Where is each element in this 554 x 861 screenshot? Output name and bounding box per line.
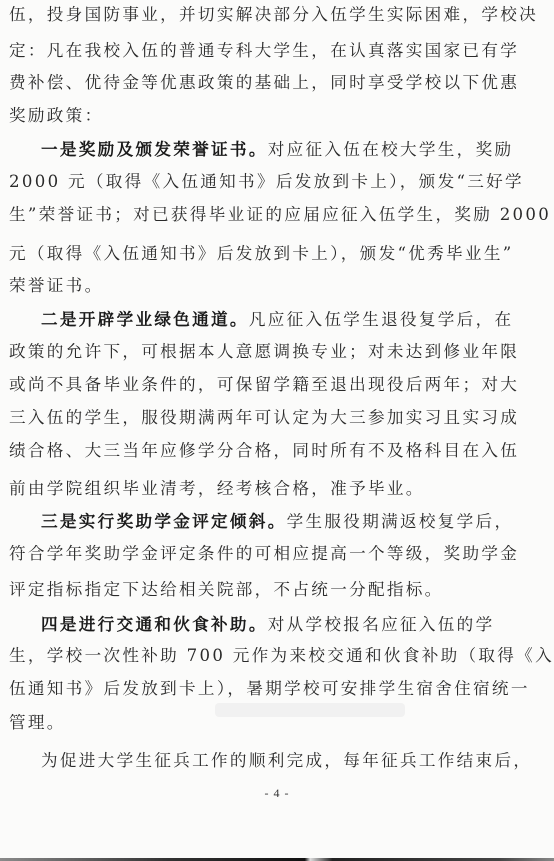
text-line: 评定指标指定下达给相关院部，不占统一分配指标。 — [9, 580, 549, 600]
document-page: 伍，投身国防事业，并切实解决部分入伍学生实际困难，学校决定：凡在我校入伍的普通专… — [0, 0, 554, 861]
text-line: 政策的允许下，可根据本人意愿调换专业；对未达到修业年限 — [9, 342, 549, 362]
line-text: 管理。 — [9, 713, 66, 732]
line-text: 三入伍的学生，服役期满两年可认定为大三参加实习且实习成 — [9, 408, 519, 427]
line-text: 对从学校报名应征入伍的学 — [268, 615, 495, 634]
text-line: 2000 元（取得《入伍通知书》后发放到卡上），颁发“三好学 — [9, 172, 549, 192]
text-line: 三入伍的学生，服役期满两年可认定为大三参加实习且实习成 — [9, 408, 549, 428]
line-text: 为促进大学生征兵工作的顺利完成，每年征兵工作结束后， — [41, 751, 532, 770]
page-number: - 4 - — [0, 786, 554, 801]
line-text: 学生服役期满返校复学后， — [287, 512, 514, 531]
text-line: 三是实行奖助学金评定倾斜。学生服役期满返校复学后， — [41, 511, 554, 532]
text-line: 生，学校一次性补助 700 元作为来校交通和伙食补助（取得《入 — [9, 646, 549, 666]
text-line: 奖励政策： — [9, 106, 549, 126]
line-text: 符合学年奖助学金评定条件的可相应提高一个等级，奖助学金 — [9, 544, 519, 563]
line-text: 或尚不具备毕业条件的，可保留学籍至退出现役后两年；对大 — [9, 375, 519, 394]
text-line: 前由学院组织毕业清考，经考核合格，准予毕业。 — [9, 479, 549, 499]
line-text: 评定指标指定下达给相关院部，不占统一分配指标。 — [9, 580, 444, 599]
text-line: 四是进行交通和伙食补助。对从学校报名应征入伍的学 — [41, 614, 554, 635]
line-text: 对应征入伍在校大学生，奖励 — [268, 140, 514, 159]
line-text: 伍，投身国防事业，并切实解决部分入伍学生实际困难，学校决 — [9, 5, 538, 24]
section-heading: 四是进行交通和伙食补助。 — [41, 614, 268, 634]
section-heading: 二是开辟学业绿色通道。 — [41, 309, 249, 329]
text-line: 管理。 — [9, 713, 549, 733]
section-heading: 三是实行奖助学金评定倾斜。 — [41, 511, 287, 531]
text-line: 绩合格、大三当年应修学分合格，同时所有不及格科目在入伍 — [9, 441, 549, 461]
text-line: 定：凡在我校入伍的普通专科大学生，在认真落实国家已有学 — [9, 41, 549, 61]
text-line: 伍，投身国防事业，并切实解决部分入伍学生实际困难，学校决 — [9, 5, 549, 25]
text-line: 或尚不具备毕业条件的，可保留学籍至退出现役后两年；对大 — [9, 375, 549, 395]
line-text: 荣誉证书。 — [9, 276, 103, 295]
text-line: 为促进大学生征兵工作的顺利完成，每年征兵工作结束后， — [41, 751, 554, 771]
line-text: 费补偿、优待金等优惠政策的基础上，同时享受学校以下优惠 — [9, 73, 519, 92]
text-line: 元（取得《入伍通知书》后发放到卡上），颁发“优秀毕业生” — [9, 244, 549, 264]
text-line: 生”荣誉证书；对已获得毕业证的应届应征入伍学生，奖励 2000 — [9, 205, 549, 225]
text-line: 伍通知书》后发放到卡上），暑期学校可安排学生宿舍住宿统一 — [9, 679, 549, 699]
text-line: 荣誉证书。 — [9, 276, 549, 296]
line-text: 定：凡在我校入伍的普通专科大学生，在认真落实国家已有学 — [9, 41, 519, 60]
text-line: 符合学年奖助学金评定条件的可相应提高一个等级，奖助学金 — [9, 544, 549, 564]
line-text: 绩合格、大三当年应修学分合格，同时所有不及格科目在入伍 — [9, 441, 519, 460]
line-text: 生，学校一次性补助 700 元作为来校交通和伙食补助（取得《入 — [9, 646, 554, 665]
line-text: 2000 元（取得《入伍通知书》后发放到卡上），颁发“三好学 — [9, 172, 524, 191]
section-heading: 一是奖励及颁发荣誉证书。 — [41, 139, 268, 159]
line-text: 伍通知书》后发放到卡上），暑期学校可安排学生宿舍住宿统一 — [9, 679, 530, 698]
text-line: 费补偿、优待金等优惠政策的基础上，同时享受学校以下优惠 — [9, 73, 549, 93]
line-text: 生”荣誉证书；对已获得毕业证的应届应征入伍学生，奖励 2000 — [9, 205, 551, 224]
line-text: 凡应征入伍学生退役复学后，在 — [249, 310, 514, 329]
text-line: 二是开辟学业绿色通道。凡应征入伍学生退役复学后，在 — [41, 309, 554, 330]
line-text: 政策的允许下，可根据本人意愿调换专业；对未达到修业年限 — [9, 342, 519, 361]
text-line: 一是奖励及颁发荣誉证书。对应征入伍在校大学生，奖励 — [41, 139, 554, 160]
line-text: 奖励政策： — [9, 106, 103, 125]
line-text: 前由学院组织毕业清考，经考核合格，准予毕业。 — [9, 479, 425, 498]
line-text: 元（取得《入伍通知书》后发放到卡上），颁发“优秀毕业生” — [9, 244, 514, 263]
